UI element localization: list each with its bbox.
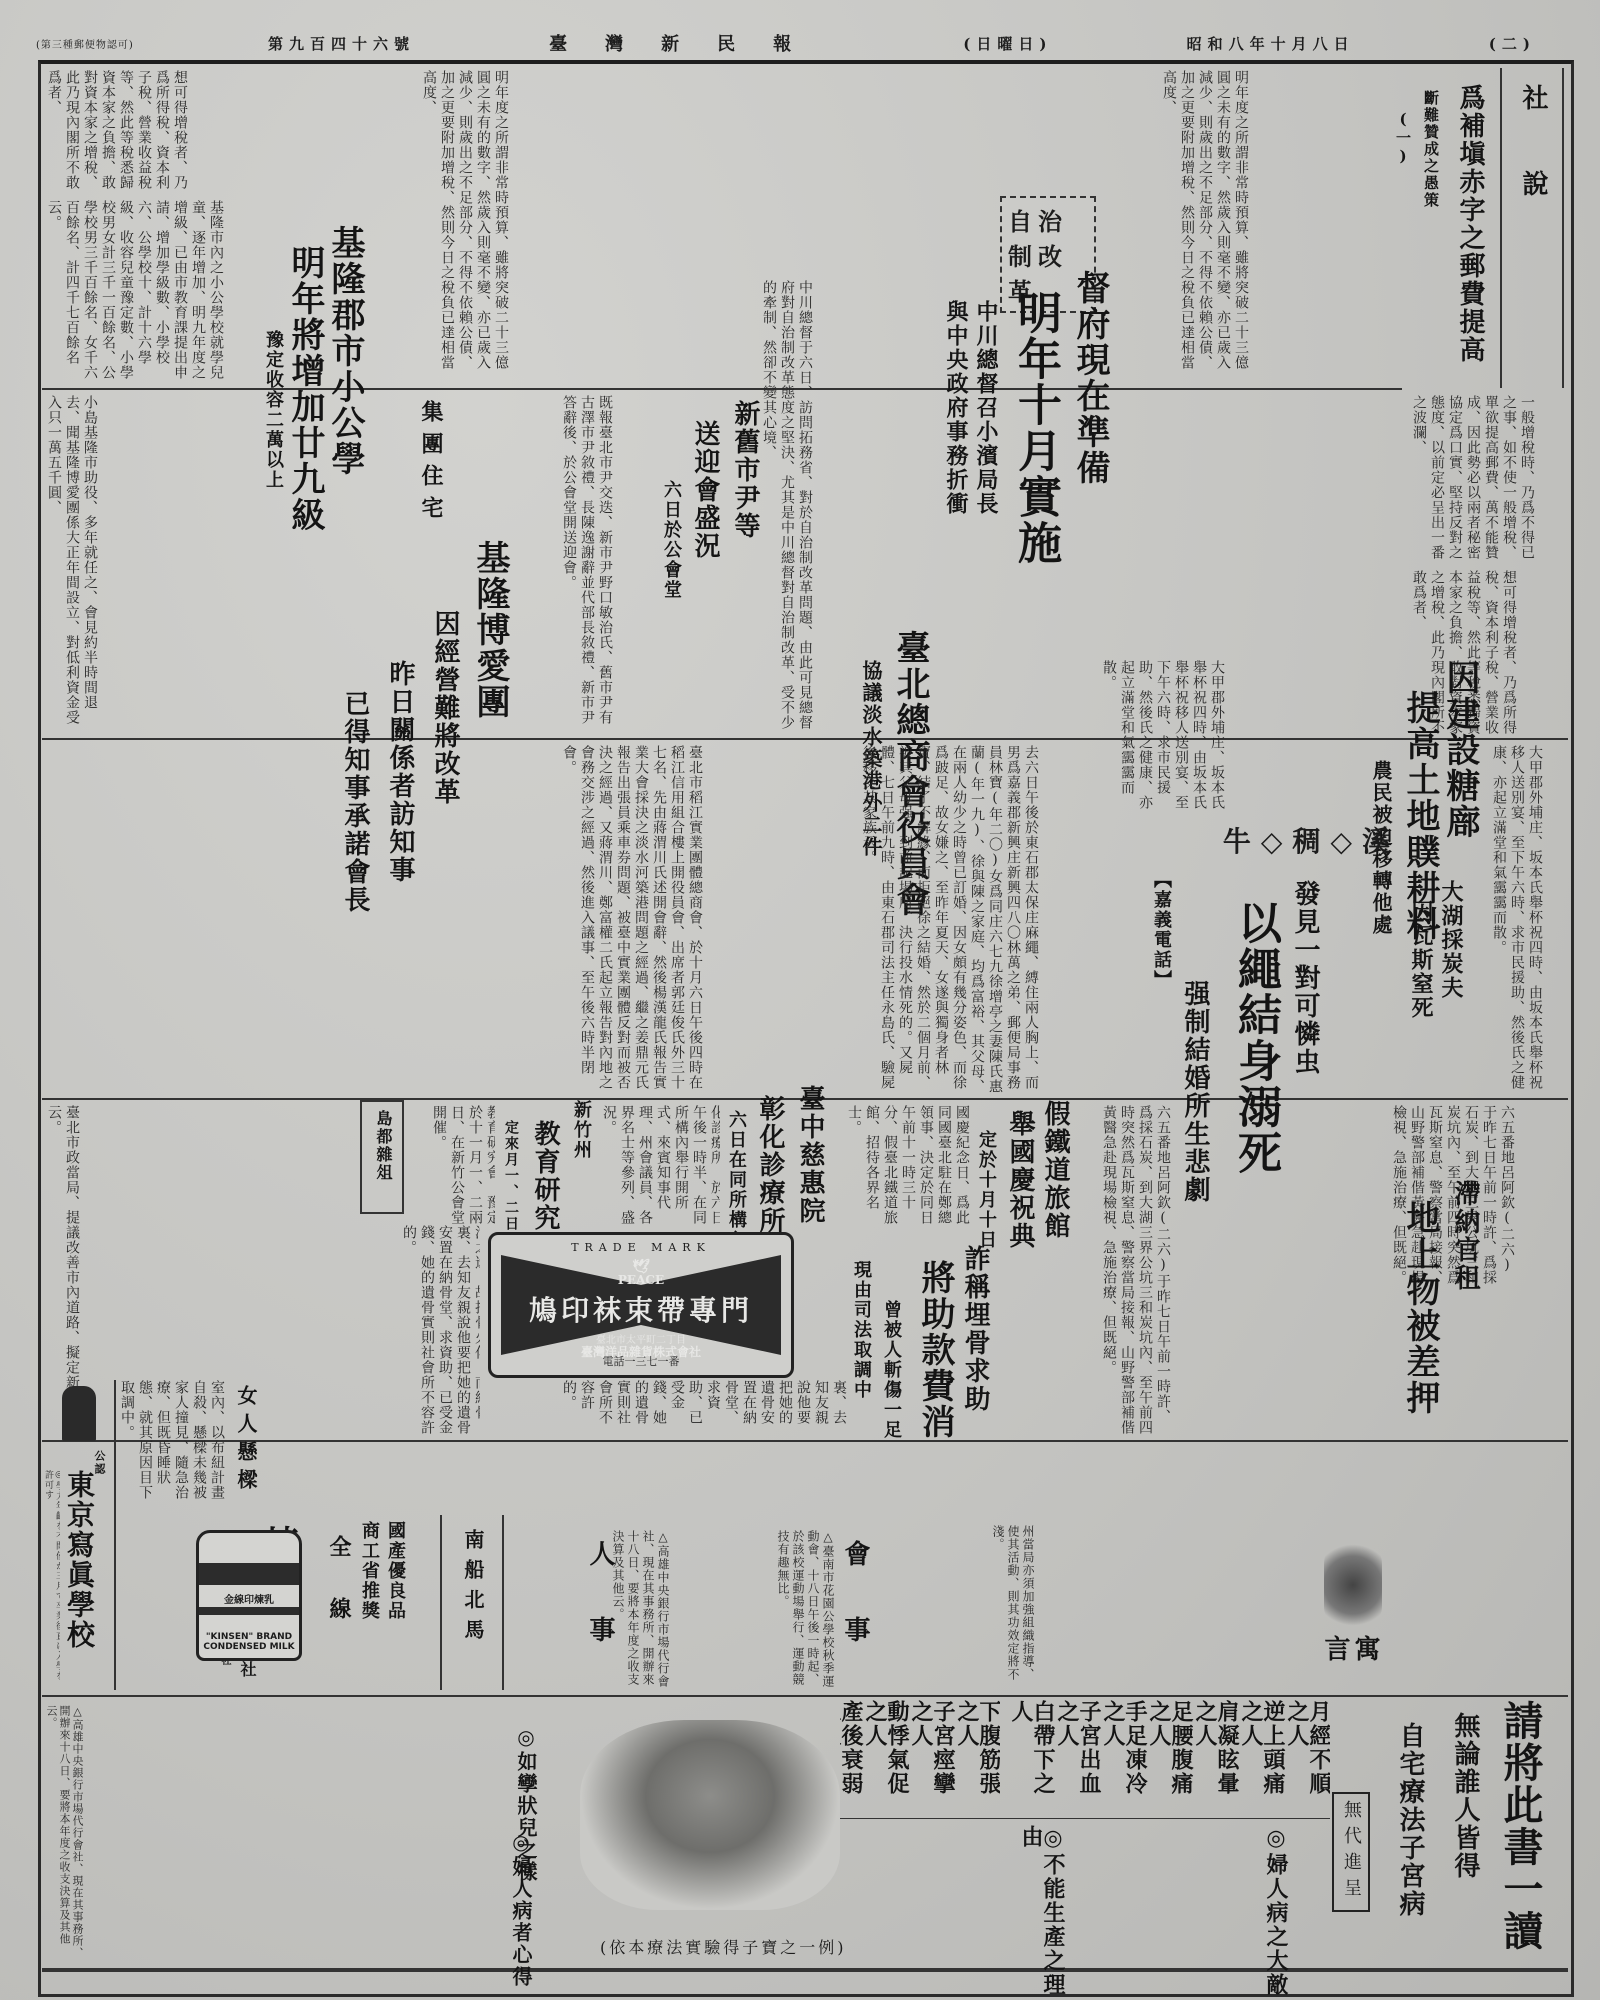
mayor-note: 六日於公會堂 xyxy=(660,480,682,600)
brand-peace: PEACE xyxy=(491,1273,791,1287)
hakuai-body: 小島基隆市助役、多年就任之、會見約半時間退去、聞基隆博愛團係大正年間設立、對低利… xyxy=(45,395,325,735)
coal-headline: 大湖採炭夫 xyxy=(1440,880,1462,1000)
photo-school-line-1: ◎學力年齡を不問僅か三月で卒業後直に入學を許可す xyxy=(42,1470,60,1685)
national-product-ad: 商工省推獎 國產優良品 全線 xyxy=(320,1515,420,1690)
gyn-ad-title: 自宅療法子宮病 xyxy=(1395,1722,1425,1918)
hakuai-subhead-3: 已得知事承諾會長 xyxy=(340,690,370,914)
symptom-item: 肩凝眩暈之人 xyxy=(1194,1700,1238,1815)
divider xyxy=(42,1695,1568,1697)
niuchou-banner-box: 牛◇稠◇溪 xyxy=(1130,820,1400,860)
symptom-item: 手足凍冷之人 xyxy=(1102,1700,1146,1815)
clinic-body: 既報臺中慈惠院彰化診療所、於六日午後一時半、在同所構內舉行開所式、來賓知事代理、… xyxy=(600,1105,720,1225)
symptom-list-2: 下腹筋張之人 子宮痙攣之人 動悸氣促之人 產後衰弱之人 xyxy=(840,1700,1000,1815)
divider xyxy=(42,1968,1568,1972)
gyn-body-left: △高雄中央銀行市場代行會社、現在其事務所、開辦來十八日、要將本年度之收支決算及其… xyxy=(45,1705,505,1965)
milk-can-label-en-2: CONDENSED MILK xyxy=(201,1642,297,1652)
bone-note-1: 曾被人斬傷一足 xyxy=(880,1300,902,1440)
shipping-section: 南船北馬 xyxy=(440,1515,504,1690)
gyn-section-4: ◎婦人病者心得 xyxy=(510,1830,532,1988)
keelung-school-headline: 基隆郡市小公學 xyxy=(325,225,365,477)
autonomy-body-continued: 明年度之所謂非常時預算、雖將突破二十三億圓之未有的數字、然歲入則毫不變、亦已歲入… xyxy=(420,70,1155,380)
personnel-body: △高雄中央銀行市場代行會社、現在其事務所、開辦來十八日、要將本年度之收支決算及其… xyxy=(610,1530,770,1690)
peace-brand-ad: TRADE MARK 🕊 PEACE 鳩印袜束帶專門 臺北市太平町二丁目 臺灣洋… xyxy=(488,1232,794,1378)
national-product-line-1: 商工省推獎 xyxy=(358,1521,380,1621)
bone-headline-1: 詐稱埋骨求助 xyxy=(960,1245,990,1413)
hakuai-headline: 基隆博愛團 xyxy=(470,540,510,720)
photo-school-ad: 公認 東京寫眞學校 ◎學力年齡を不問僅か三月で卒業後直に入學を許可す xyxy=(42,1380,116,1690)
symptom-item: 月經不順之人 xyxy=(1286,1700,1330,1815)
trademark-label: TRADE MARK xyxy=(491,1241,791,1254)
photo-school-name: 東京寫眞學校 xyxy=(64,1470,94,1650)
niuchou-headline-1: 發見一對可憐虫 xyxy=(1290,880,1320,1076)
land-headline-2: 地上物被差押 xyxy=(1400,1200,1440,1416)
land-headline-1: 滯納官租 xyxy=(1450,1180,1480,1292)
editorial-subtitle: 斷難贊成之愚策 xyxy=(1420,90,1442,209)
page-number: (二) xyxy=(1489,33,1536,54)
hsinchu-note: 定來月一、二日 xyxy=(500,1120,522,1232)
woman-body: 海山郡鶯歌庄石頭溪字下石頭一〇八番地鄧曾氏色之孫、鄧氏烏梅(一三)于去六日午後四… xyxy=(118,1380,228,1510)
hsinchu-body: 新竹州、本年度之教育研究會、豫定於十一月一、二兩日、在新竹公會堂開催。 xyxy=(430,1105,495,1225)
railway-note: 定於十月十日 xyxy=(975,1130,997,1250)
editorial-part: (一) xyxy=(1392,110,1414,167)
milk-can-illustration: 金線印煉乳 "KINSEN" BRAND CONDENSED MILK xyxy=(196,1530,302,1661)
railway-headline-2: 舉國慶祝典 xyxy=(1005,1110,1035,1250)
symptom-item: 足腰腹痛之人 xyxy=(1148,1700,1192,1815)
hsinchu-prefix: 新竹州 xyxy=(570,1100,592,1160)
newspaper-title: 臺灣新民報 xyxy=(549,30,829,56)
railway-headline-1: 假鐵道旅館 xyxy=(1040,1100,1070,1240)
gyn-section-2: ◎不能生產之理由 xyxy=(1020,1825,1064,2000)
editorial-label-box: 社說 xyxy=(1500,68,1564,388)
divider xyxy=(42,388,1402,390)
editorial-title: 爲補塡赤字之郵費提高 xyxy=(1455,84,1485,364)
clinic-headline: 臺中慈惠院 xyxy=(795,1085,825,1225)
bone-headline-2: 將助款費消 xyxy=(915,1260,955,1440)
keelung-school-body: 基隆市內之小公學校就學兒童、逐年增加、明九年度之增級、已由市教育課提出申請、增加… xyxy=(45,200,255,385)
milk-can-label-cn: 金線印煉乳 xyxy=(199,1591,299,1606)
weekday: (日曜日) xyxy=(963,33,1052,54)
symptom-list: 月經不順之人 逆上頭痛之人 肩凝眩暈之人 足腰腹痛之人 手足凍冷之人 子宮出血之… xyxy=(1000,1700,1330,1815)
local-column-title-box: 島都雜俎 xyxy=(360,1100,404,1214)
sugar-headline-1: 因建設糖廍 xyxy=(1440,660,1480,840)
milk-can-label-en-1: "KINSEN" BRAND xyxy=(201,1632,297,1642)
niuchou-body: 去六日午後於東石郡太保庄麻繩、縛住兩人胸上、而男爲嘉義郡新興庄新興四八〇林萬之弟… xyxy=(860,745,1150,1095)
meetings-body: △臺南市花園公學校秋季運動會、十八日午後一時起、於該校運動場舉行、運動競技有趣無… xyxy=(775,1530,835,1690)
camera-tripod-icon xyxy=(62,1386,96,1441)
postal-note: (第三種郵便物認可) xyxy=(36,36,134,51)
mayor-body: 既報臺北市尹交迭、新市尹野口敏治氏、舊市尹有古澤市尹敘禮、長陳逸謝辭並代部長敘禮… xyxy=(560,395,655,735)
symptom-item: 白帶下之人 xyxy=(1010,1700,1054,1815)
baby-photo xyxy=(580,1720,840,1910)
bone-body-continued: 臺北々署司法取調一個雙脚的漢子、他是二年前、當時殺人放火是故被人斬傷一足、雙足王… xyxy=(400,1225,480,1435)
mayor-headline: 新舊市尹等 xyxy=(730,400,760,540)
newspaper-page: (第三種郵便物認可) 第九百四十六號 臺灣新民報 (日曜日) 昭和八年十月八日 … xyxy=(0,0,1600,2000)
bone-note-2: 現由司法取調中 xyxy=(850,1260,872,1400)
chamber-body: 臺北市稻江實業團體總商會、於十月六日午後四時在稻江信用組合樓上開役員會、出席者郭… xyxy=(560,745,860,1095)
editorial-label: 社說 xyxy=(1518,84,1548,256)
masthead: (第三種郵便物認可) 第九百四十六號 臺灣新民報 (日曜日) 昭和八年十月八日 … xyxy=(36,28,1536,58)
symptom-item: 動悸氣促之人 xyxy=(864,1700,908,1815)
hakuai-subhead-1: 因經營難將改革 xyxy=(430,610,460,806)
railway-body: 來十月十日係中華民國第二十二屆之國慶紀念日、爲此同國臺北駐在鄭總領事、決定於同日… xyxy=(845,1105,970,1225)
symptom-item: 逆上頭痛之人 xyxy=(1240,1700,1284,1815)
niuchou-place-banner: 牛◇稠◇溪 xyxy=(1130,820,1400,860)
mayor-subhead: 送迎會盛況 xyxy=(690,420,720,560)
bone-body: 臺北々署司法取調一個雙脚的漢子、他是二年前、當時殺人放火是故被人斬傷一足、雙足王… xyxy=(560,1380,850,1435)
grape-illustration-icon xyxy=(1324,1535,1382,1635)
woman-headline: 女人懸樑 xyxy=(235,1385,257,1497)
symptom-item: 子宮痙攣之人 xyxy=(910,1700,954,1815)
peace-product: 鳩印袜束帶專門 xyxy=(491,1289,791,1329)
free-offer-badge: 無代進呈 xyxy=(1332,1792,1370,1912)
divider xyxy=(42,1440,1568,1442)
meetings-label: 會事 xyxy=(840,1540,870,1692)
photo-caption: (依本療法實驗得子寶之一例) xyxy=(600,1935,847,1958)
editorial-body-1: 明年度之所謂非常時預算、雖將突破二十三億圓之未有的數字、然歲入則毫不變、亦已歲入… xyxy=(1160,70,1385,380)
peace-phone: 電話一三七一番 xyxy=(491,1353,791,1369)
national-product-line-2: 國產優良品 xyxy=(384,1521,406,1621)
gyn-section-1: ◎婦人病之大敵 xyxy=(1265,1825,1287,1997)
hakuai-subhead-2: 昨日關係者訪知事 xyxy=(385,660,415,884)
symptom-item: 子宮出血之人 xyxy=(1056,1700,1100,1815)
hakuai-banner: 集團住宅 xyxy=(420,400,442,528)
shipping-label: 南船北馬 xyxy=(462,1529,484,1649)
issue-date: 昭和八年十月八日 xyxy=(1187,33,1355,54)
land-body: 六五番地呂阿欽(二六)于昨七日午前一時許、爲採石炭、到大湖三界公坑三和炭坑內、至… xyxy=(1100,1105,1380,1435)
issue-number: 第九百四十六號 xyxy=(268,33,415,54)
symptom-item: 下腹筋張之人 xyxy=(956,1700,1000,1815)
gyn-ad-subhead: 無論誰人皆得 xyxy=(1450,1712,1480,1880)
proverb-body: 州當局亦須加強組織指導、使其活動、則其功效定將不淺。 xyxy=(990,1525,1315,1690)
proverb-section: 寓言 xyxy=(1320,1525,1390,1690)
editorial-body-2: 一般增稅時、乃爲不得已之事、如不使一般增稅、單欲提高郵費、萬不能贊成、因此勢必以… xyxy=(1410,395,1560,565)
sugar-body: 大甲郡外埔庄、坂本氏舉杯祝四時、由坂本氏舉杯祝移人送別宴、至下午六時、求市民援助… xyxy=(1490,745,1560,1095)
local-column-title: 島都雜俎 xyxy=(372,1110,394,1182)
keelung-top-body: 想可得增稅者、乃爲所得稅、資本利子稅、營業收益稅等、然此等稅悉歸資本家之負擔、敢… xyxy=(45,70,415,195)
coal-subhead: 因瓦斯窒死 xyxy=(1410,900,1432,1020)
hsinchu-headline: 教育研究 xyxy=(530,1120,560,1232)
gyn-ad-headline: 請將此書一讀 xyxy=(1500,1700,1540,1952)
symptom-item: 產後衰弱之人 xyxy=(840,1700,862,1815)
proverb-label: 寓言 xyxy=(1320,1635,1380,1690)
niuchou-dateline: 【嘉義電話】 xyxy=(1150,870,1172,990)
national-product-label: 全線 xyxy=(328,1535,350,1659)
